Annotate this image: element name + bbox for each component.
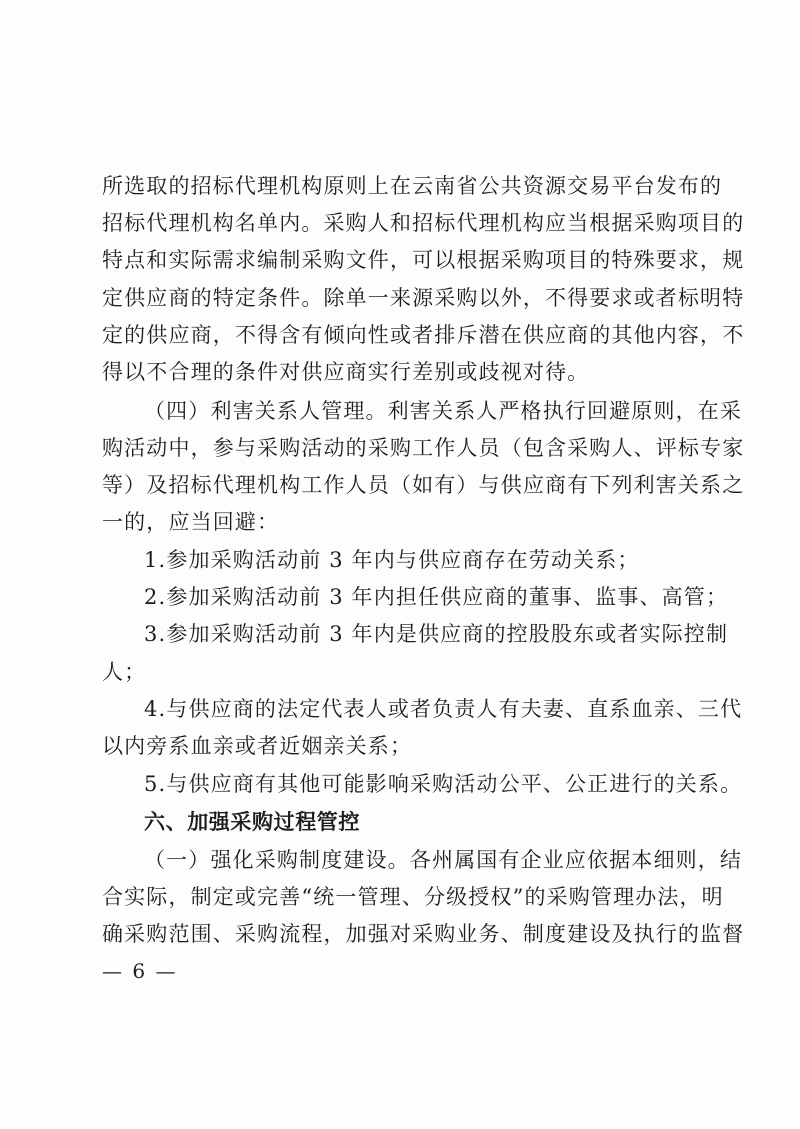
list-item-1: 1.参加采购活动前 3 年内与供应商存在劳动关系； [144,546,744,574]
list-item-2: 2.参加采购活动前 3 年内担任供应商的董事、监事、高管； [144,583,744,611]
body-line-6: 得以不合理的条件对供应商实行差别或歧视对待。 [102,358,702,386]
page-number: — 6 — [102,958,177,984]
section-four-heading-line: （四）利害关系人管理。利害关系人严格执行回避原则，在采 [144,397,744,425]
list-item-4: 4.与供应商的法定代表人或者负责人有夫妻、直系血亲、三代 [144,695,744,723]
body-line-10: 一的，应当回避： [102,508,702,536]
body-line-5: 定的供应商，不得含有倾向性或者排斥潜在供应商的其他内容，不 [102,321,702,349]
body-line-20: 合实际，制定或完善“统一管理、分级授权”的采购管理办法，明 [102,883,702,911]
body-line-9: 等）及招标代理机构工作人员（如有）与供应商有下列利害关系之 [102,471,702,499]
body-line-8: 购活动中，参与采购活动的采购工作人员（包含采购人、评标专家 [102,434,702,462]
section-six-heading: 六、加强采购过程管控 [144,808,744,836]
body-line-4: 定供应商的特定条件。除单一来源采购以外，不得要求或者标明特 [102,284,702,312]
subsection-one-line: （一）强化采购制度建设。各州属国有企业应依据本细则，结 [144,846,744,874]
body-line-3: 特点和实际需求编制采购文件，可以根据采购项目的特殊要求，规 [102,246,702,274]
document-page: 所选取的招标代理机构原则上在云南省公共资源交易平台发布的 招标代理机构名单内。采… [0,0,800,1129]
body-line-21: 确采购范围、采购流程，加强对采购业务、制度建设及执行的监督 [102,920,702,948]
list-item-3-cont: 人； [102,658,702,686]
list-item-5: 5.与供应商有其他可能影响采购活动公平、公正进行的关系。 [144,770,744,798]
list-item-3: 3.参加采购活动前 3 年内是供应商的控股股东或者实际控制 [144,620,744,648]
body-line-1: 所选取的招标代理机构原则上在云南省公共资源交易平台发布的 [102,172,702,200]
list-item-4-cont: 以内旁系血亲或者近姻亲关系； [102,732,702,760]
body-line-2: 招标代理机构名单内。采购人和招标代理机构应当根据采购项目的 [102,209,702,237]
